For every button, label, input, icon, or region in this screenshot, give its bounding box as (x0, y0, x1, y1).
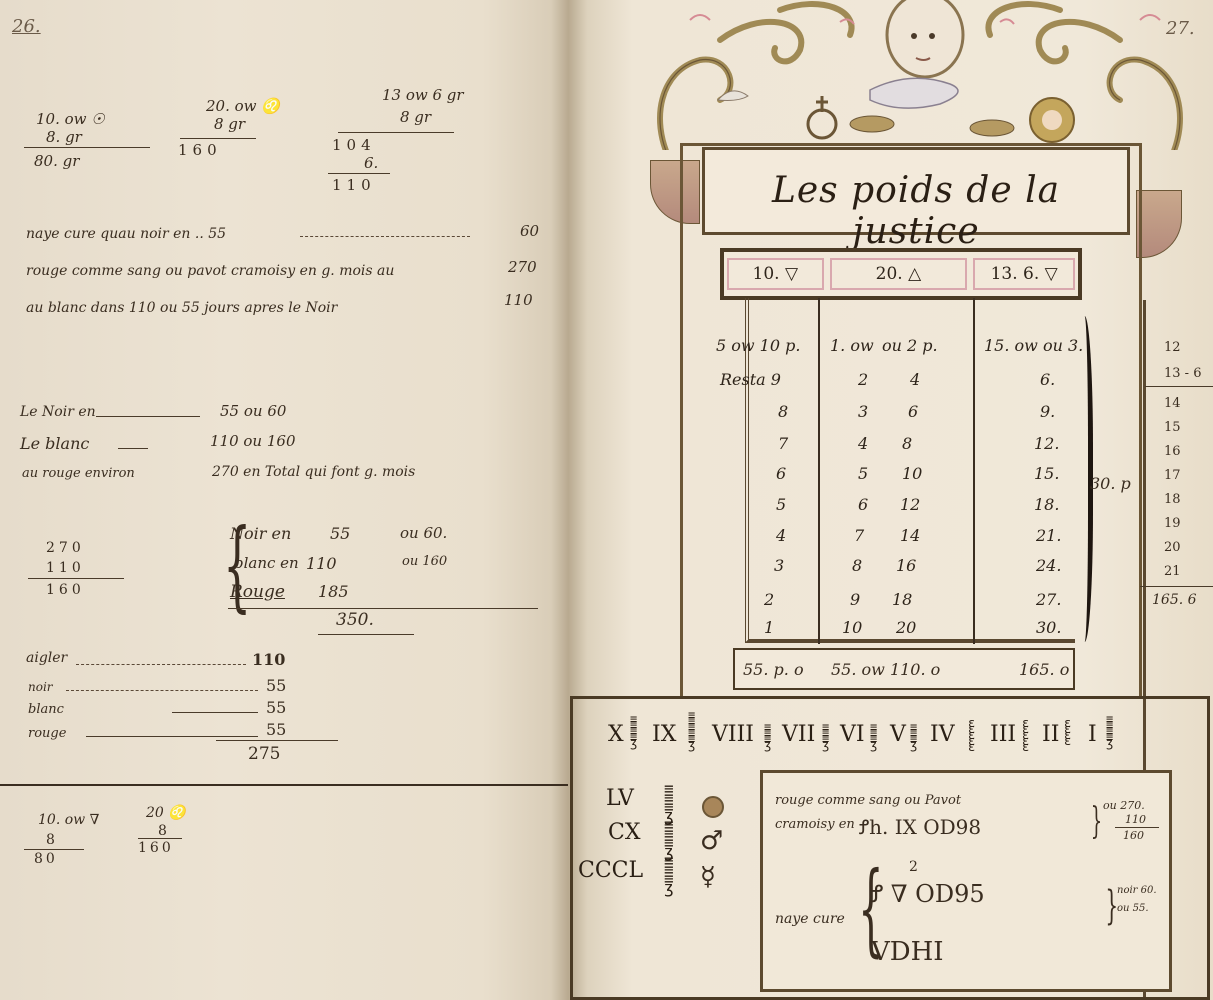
leader-line (300, 236, 470, 237)
pillar-glyph-icon: ≡≡≡ʒ≡≡≡ʒ≡≡≡ʒ (664, 784, 673, 892)
divider (1115, 827, 1159, 828)
divider (318, 634, 414, 635)
divider (180, 138, 256, 139)
leader-line (172, 712, 258, 713)
section-divider (0, 784, 568, 786)
pillar-glyph-icon: εεεεε (968, 720, 974, 750)
table-row: 6 5 10 15. (776, 464, 786, 483)
pillar-glyph-icon: ≡≡≡≡ʒ (1106, 716, 1112, 746)
divider (328, 173, 390, 174)
brace-value: 30. p (1090, 474, 1131, 493)
leader-line (76, 664, 246, 665)
pillar-glyph-icon: ≡≡≡ʒ (822, 724, 828, 748)
pillar-glyph-icon: ≡≡≡ʒ (870, 724, 876, 748)
divider (338, 132, 454, 133)
table-row: 7 4 8 12. (778, 434, 788, 453)
table-row: 3 8 16 24. (774, 556, 784, 575)
leader-line (66, 690, 258, 691)
pillar-glyph-icon: εεεε (1064, 720, 1070, 744)
divider (28, 578, 124, 579)
title-box: Les poids de la justice (702, 147, 1130, 235)
table-row: 4 7 14 21. (776, 526, 786, 545)
mars-symbol-icon: ♂ (700, 826, 723, 856)
table-totals: 55. p. o 55. ow 110. o 165. o (733, 648, 1075, 690)
curly-brace: } (1091, 801, 1102, 842)
divider (1145, 386, 1213, 387)
cipher-box: rouge comme sang ou Pavot cramoisy en Ꝭh… (760, 770, 1172, 992)
leader-line (86, 736, 258, 737)
pillar-glyph-icon: εεεεε (1022, 720, 1028, 750)
baroque-ornament-icon (640, 0, 1200, 150)
divider (228, 608, 538, 609)
cipher-code: Ꝭh. IX OD98 (859, 813, 981, 840)
table-row: 2 9 18 27. (764, 590, 774, 609)
roman-numeral-band: X ≡≡≡≡ʒ IX ≡≡≡≡≡ʒ VIII ≡≡≡ʒ VII ≡≡≡ʒ VI … (590, 702, 1210, 772)
pillar-glyph-icon: ≡≡≡ʒ (910, 724, 916, 748)
table-row: 5 6 12 18. (776, 495, 786, 514)
table-row: 5 ow 10 p. 1. ow ou 2 p. 15. ow ou 3. (716, 336, 800, 355)
pillar-glyph-icon: ≡≡≡≡ʒ (630, 716, 636, 746)
divider (138, 838, 182, 839)
divider (24, 849, 84, 850)
page-title: Les poids de la justice (705, 170, 1127, 252)
table-row: 1 10 20 30. (764, 618, 774, 637)
divider (1140, 586, 1213, 587)
column-divider (973, 298, 975, 644)
divider (24, 147, 150, 148)
table-row: 8 3 6 9. (778, 402, 788, 421)
pillar-glyph-icon: ≡≡≡ʒ (764, 724, 770, 748)
col-header-1: 10. ▽ (727, 258, 824, 290)
leader-line (96, 416, 200, 417)
column-divider (818, 298, 820, 644)
leader-line (118, 448, 148, 449)
divider (216, 740, 338, 741)
table-row: Resta 9 2 4 6. (720, 370, 781, 389)
mercury-symbol-icon: ☿ (700, 862, 716, 892)
page-number-left: 26. (12, 16, 41, 37)
col-header-3: 13. 6. ▽ (973, 258, 1075, 290)
col-header-2: 20. △ (830, 258, 968, 290)
sun-symbol-icon (702, 796, 724, 818)
left-page: 26. 10. ow ☉ 8. gr 80. gr 20. ow ♌ 8 gr … (0, 0, 568, 1000)
pillar-glyph-icon: ≡≡≡≡≡ʒ (688, 712, 694, 748)
table-header: 10. ▽ 20. △ 13. 6. ▽ (720, 248, 1082, 300)
